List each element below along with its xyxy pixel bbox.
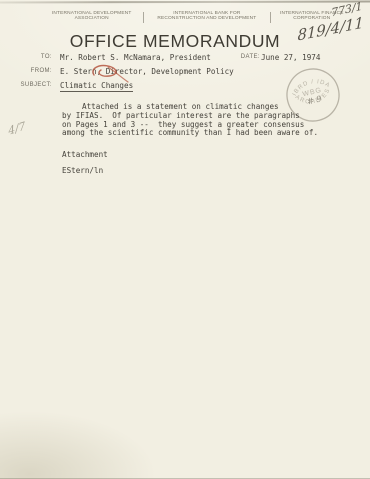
institution-ida: INTERNATIONAL DEVELOPMENT ASSOCIATION xyxy=(52,11,131,21)
institution-line: RECONSTRUCTION AND DEVELOPMENT xyxy=(157,16,256,21)
body-line: among the scientific community than I ha… xyxy=(62,129,324,138)
date-value: June 27, 1974 xyxy=(261,53,320,62)
institution-line: ASSOCIATION xyxy=(52,16,131,21)
to-label: TO: xyxy=(0,54,52,60)
typist-initials: EStern/ln xyxy=(62,166,103,175)
scan-edge-top xyxy=(0,1,370,4)
memo-body: Attached is a statement on climatic chan… xyxy=(62,103,324,138)
institution-ibrd: INTERNATIONAL BANK FOR RECONSTRUCTION AN… xyxy=(157,11,256,21)
date-label: DATE: xyxy=(208,54,260,60)
from-label: FROM: xyxy=(0,68,52,74)
letterhead: INTERNATIONAL DEVELOPMENT ASSOCIATION IN… xyxy=(42,11,352,23)
handwritten-margin-note: 4/7 xyxy=(8,119,27,138)
letterhead-divider xyxy=(143,12,144,23)
memo-document: INTERNATIONAL DEVELOPMENT ASSOCIATION IN… xyxy=(0,0,370,479)
to-value: Mr. Robert S. McNamara, President xyxy=(60,53,211,62)
signature-scribble-icon xyxy=(88,62,134,84)
subject-label: SUBJECT: xyxy=(0,82,52,88)
letterhead-divider xyxy=(270,12,271,23)
from-value: E. Stern, Director, Development Policy xyxy=(60,67,234,76)
attachment-note: Attachment xyxy=(62,150,108,159)
